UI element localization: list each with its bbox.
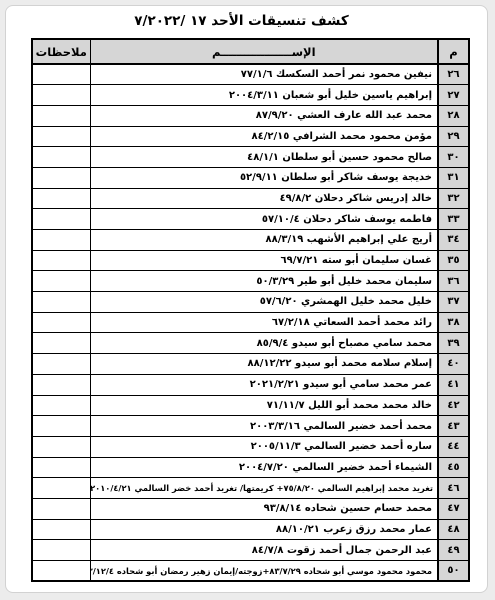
row-number-cell: ٤٦ — [438, 478, 469, 499]
person-name-cell: عمر محمد سامي أبو سيدو ٢٠٢١/٢/٢١ — [90, 374, 438, 395]
table-row: ٤٧محمد حسام حسين شحاده ٩٣/٨/١٤ — [32, 498, 469, 519]
row-number-cell: ٤٠ — [438, 354, 469, 375]
notes-cell — [32, 105, 90, 126]
row-number-cell: ٤٤ — [438, 436, 469, 457]
table-row: ٣٦سليمان محمد خليل أبو طير ٥٠/٣/٢٩ — [32, 271, 469, 292]
notes-cell — [32, 250, 90, 271]
notes-cell — [32, 540, 90, 561]
row-number-cell: ٢٦ — [438, 64, 469, 85]
notes-cell — [32, 416, 90, 437]
table-row: ٣١خديجة يوسف شاكر أبو سلطان ٥٢/٩/١١ — [32, 167, 469, 188]
row-number-cell: ٢٧ — [438, 85, 469, 106]
row-number-cell: ٤٨ — [438, 519, 469, 540]
notes-cell — [32, 478, 90, 499]
notes-cell — [32, 436, 90, 457]
screenshot-root: { "page": { "title": "كشف تنسيقات الأحد … — [0, 0, 495, 600]
row-number-cell: ٣٥ — [438, 250, 469, 271]
person-name-cell: صالح محمود حسين أبو سلطان ٤٨/١/١ — [90, 147, 438, 168]
row-number-cell: ٤٣ — [438, 416, 469, 437]
notes-cell — [32, 126, 90, 147]
notes-cell — [32, 457, 90, 478]
notes-cell — [32, 374, 90, 395]
table-row: ٤٣محمد أحمد خضير السالمي ٢٠٠٣/٣/١٦ — [32, 416, 469, 437]
person-name-cell: محمد عبد الله عارف العشي ٨٧/٩/٢٠ — [90, 105, 438, 126]
notes-cell — [32, 167, 90, 188]
row-number-cell: ٣٩ — [438, 333, 469, 354]
person-name-cell: محمد حسام حسين شحاده ٩٣/٨/١٤ — [90, 498, 438, 519]
notes-cell — [32, 312, 90, 333]
table-body: ٢٦نيفين محمود نمر أحمد السكسك ٧٧/١/٦٢٧إب… — [32, 64, 469, 581]
person-name-cell: خالد محمد محمد أبو الليل ٧١/١١/٧ — [90, 395, 438, 416]
notes-cell — [32, 230, 90, 251]
person-name-cell: خالد إدريس شاكر دحلان ٤٩/٨/٢ — [90, 188, 438, 209]
person-name-cell: الشيماء أحمد خضير السالمي ٢٠٠٤/٧/٢٠ — [90, 457, 438, 478]
row-number-cell: ٥٠ — [438, 561, 469, 582]
person-name-cell: محمد سامي مصباح أبو سيدو ٨٥/٩/٤ — [90, 333, 438, 354]
notes-cell — [32, 292, 90, 313]
row-number-cell: ٣٧ — [438, 292, 469, 313]
row-number-cell: ٣٤ — [438, 230, 469, 251]
row-number-cell: ٤١ — [438, 374, 469, 395]
table-row: ٣٤أريج علي إبراهيم الأشهب ٨٨/٣/١٩ — [32, 230, 469, 251]
row-number-cell: ٤٥ — [438, 457, 469, 478]
row-number-cell: ٣٠ — [438, 147, 469, 168]
table-row: ٣٠صالح محمود حسين أبو سلطان ٤٨/١/١ — [32, 147, 469, 168]
notes-cell — [32, 519, 90, 540]
notes-cell — [32, 64, 90, 85]
table-row: ٣٩محمد سامي مصباح أبو سيدو ٨٥/٩/٤ — [32, 333, 469, 354]
table-row: ٣٢خالد إدريس شاكر دحلان ٤٩/٨/٢ — [32, 188, 469, 209]
notes-cell — [32, 354, 90, 375]
page-title: كشف تنسيقات الأحد ١٧ /٧/٢٠٢٢ — [6, 13, 477, 29]
header-notes-column: ملاحظات — [32, 39, 90, 64]
person-name-cell: فاطمه يوسف شاكر دحلان ٥٧/١٠/٤ — [90, 209, 438, 230]
table-row: ٢٨محمد عبد الله عارف العشي ٨٧/٩/٢٠ — [32, 105, 469, 126]
document-page: كشف تنسيقات الأحد ١٧ /٧/٢٠٢٢ م الإســـــ… — [5, 5, 488, 593]
person-name-cell: ساره أحمد خضير السالمي ٢٠٠٥/١١/٣ — [90, 436, 438, 457]
row-number-cell: ٣٦ — [438, 271, 469, 292]
table-row: ٢٩مؤمن محمود محمد الشرافي ٨٤/٢/١٥ — [32, 126, 469, 147]
person-name-cell: محمود محمود موسي أبو شحاده ٨٣/٧/٢٩+زوجته… — [90, 561, 438, 582]
person-name-cell: تغريد محمد إبراهيم السالمي ٧٥/٨/٢٠+ كريم… — [90, 478, 438, 499]
table-row: ٢٧إبراهيم ياسين خليل أبو شعبان ٢٠٠٤/٣/١١ — [32, 85, 469, 106]
row-number-cell: ٢٨ — [438, 105, 469, 126]
header-name-column: الإســــــــــــــــــم — [90, 39, 438, 64]
table-row: ٤٠إسلام سلامه محمد أبو سيدو ٨٨/١٢/٢٢ — [32, 354, 469, 375]
row-number-cell: ٢٩ — [438, 126, 469, 147]
person-name-cell: رائد محمد أحمد السعاتي ٦٧/٢/١٨ — [90, 312, 438, 333]
person-name-cell: أريج علي إبراهيم الأشهب ٨٨/٣/١٩ — [90, 230, 438, 251]
notes-cell — [32, 188, 90, 209]
header-number-column: م — [438, 39, 469, 64]
table-row: ٤٥الشيماء أحمد خضير السالمي ٢٠٠٤/٧/٢٠ — [32, 457, 469, 478]
person-name-cell: سليمان محمد خليل أبو طير ٥٠/٣/٢٩ — [90, 271, 438, 292]
table-row: ٣٧خليل محمد خليل الهمشري ٥٧/٦/٢٠ — [32, 292, 469, 313]
table-row: ٥٠محمود محمود موسي أبو شحاده ٨٣/٧/٢٩+زوج… — [32, 561, 469, 582]
table-row: ٤٦تغريد محمد إبراهيم السالمي ٧٥/٨/٢٠+ كر… — [32, 478, 469, 499]
table-row: ٣٥غسان سليمان أبو سته ٦٩/٧/٢١ — [32, 250, 469, 271]
row-number-cell: ٤٩ — [438, 540, 469, 561]
person-name-cell: غسان سليمان أبو سته ٦٩/٧/٢١ — [90, 250, 438, 271]
notes-cell — [32, 85, 90, 106]
person-name-cell: عبد الرحمن جمال أحمد زقوت ٨٤/٧/٨ — [90, 540, 438, 561]
notes-cell — [32, 209, 90, 230]
notes-cell — [32, 271, 90, 292]
row-number-cell: ٣٢ — [438, 188, 469, 209]
header-row: م الإســــــــــــــــــم ملاحظات — [32, 39, 469, 64]
row-number-cell: ٣١ — [438, 167, 469, 188]
notes-cell — [32, 395, 90, 416]
person-name-cell: محمد أحمد خضير السالمي ٢٠٠٣/٣/١٦ — [90, 416, 438, 437]
person-name-cell: خديجة يوسف شاكر أبو سلطان ٥٢/٩/١١ — [90, 167, 438, 188]
row-number-cell: ٣٨ — [438, 312, 469, 333]
table-row: ٢٦نيفين محمود نمر أحمد السكسك ٧٧/١/٦ — [32, 64, 469, 85]
notes-cell — [32, 147, 90, 168]
coordination-roster-table: م الإســــــــــــــــــم ملاحظات ٢٦نيفي… — [31, 38, 470, 582]
table-row: ٤١عمر محمد سامي أبو سيدو ٢٠٢١/٢/٢١ — [32, 374, 469, 395]
person-name-cell: عمار محمد رزق زعرب ٨٨/١٠/٢١ — [90, 519, 438, 540]
person-name-cell: مؤمن محمود محمد الشرافي ٨٤/٢/١٥ — [90, 126, 438, 147]
row-number-cell: ٤٧ — [438, 498, 469, 519]
row-number-cell: ٣٣ — [438, 209, 469, 230]
person-name-cell: نيفين محمود نمر أحمد السكسك ٧٧/١/٦ — [90, 64, 438, 85]
table-row: ٤٨عمار محمد رزق زعرب ٨٨/١٠/٢١ — [32, 519, 469, 540]
person-name-cell: خليل محمد خليل الهمشري ٥٧/٦/٢٠ — [90, 292, 438, 313]
person-name-cell: إبراهيم ياسين خليل أبو شعبان ٢٠٠٤/٣/١١ — [90, 85, 438, 106]
notes-cell — [32, 333, 90, 354]
person-name-cell: إسلام سلامه محمد أبو سيدو ٨٨/١٢/٢٢ — [90, 354, 438, 375]
table-row: ٤٩عبد الرحمن جمال أحمد زقوت ٨٤/٧/٨ — [32, 540, 469, 561]
table-row: ٣٣فاطمه يوسف شاكر دحلان ٥٧/١٠/٤ — [32, 209, 469, 230]
notes-cell — [32, 498, 90, 519]
row-number-cell: ٤٢ — [438, 395, 469, 416]
table-row: ٤٢خالد محمد محمد أبو الليل ٧١/١١/٧ — [32, 395, 469, 416]
table-row: ٤٤ساره أحمد خضير السالمي ٢٠٠٥/١١/٣ — [32, 436, 469, 457]
table-row: ٣٨رائد محمد أحمد السعاتي ٦٧/٢/١٨ — [32, 312, 469, 333]
notes-cell — [32, 561, 90, 582]
